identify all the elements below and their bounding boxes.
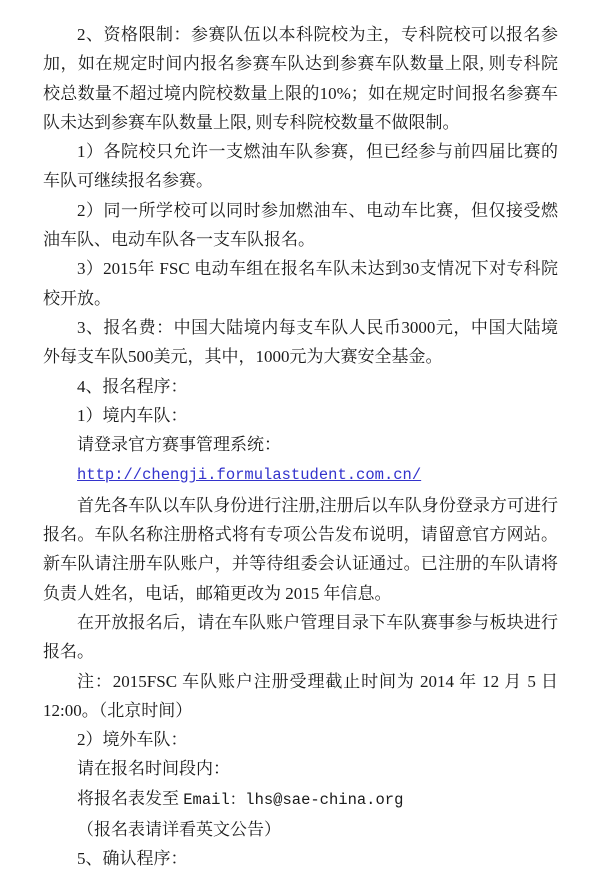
para-rule-ev-group: 3）2015年 FSC 电动车组在报名车队未达到30支情况下对专科院校开放。 [43,254,558,313]
para-registration-deadline-note: 注：2015FSC 车队账户注册受理截止时间为 2014 年 12 月 5 日 … [43,667,558,726]
para-registration-procedure-heading: 4、报名程序： [43,372,558,401]
document-page: 2、资格限制：参赛队伍以本科院校为主，专科院校可以报名参加，如在规定时间内报名参… [0,0,600,877]
para-overseas-teams-heading: 2）境外车队： [43,725,558,754]
para-rule-fuel-team: 1）各院校只允许一支燃油车队参赛，但已经参与前四届比赛的车队可继续报名参赛。 [43,137,558,196]
para-email-submission: 将报名表发至 Email：lhs@sae-china.org [43,784,558,815]
document-body: 2、资格限制：参赛队伍以本科院校为主，专科院校可以报名参加，如在规定时间内报名参… [0,0,600,874]
para-login-prompt: 请登录官方赛事管理系统： [43,430,558,459]
para-english-notice: （报名表请详看英文公告） [43,815,558,844]
para-enrollment-instructions: 在开放报名后，请在车队账户管理目录下车队赛事参与板块进行报名。 [43,608,558,667]
email-label: Email： [183,791,245,809]
para-confirmation-procedure-heading: 5、确认程序： [43,844,558,873]
email-address-text: lhs@sae-china.org [245,791,403,809]
para-domestic-teams-heading: 1）境内车队： [43,401,558,430]
para-rule-same-school: 2）同一所学校可以同时参加燃油车、电动车比赛，但仅接受燃油车队、电动车队各一支车… [43,196,558,255]
email-submission-prefix: 将报名表发至 [77,789,183,808]
para-registration-details: 首先各车队以车队身份进行注册,注册后以车队身份登录方可进行报名。车队名称注册格式… [43,491,558,608]
para-registration-fee: 3、报名费：中国大陆境内每支车队人民币3000元，中国大陆境外每支车队500美元… [43,313,558,372]
para-time-window-prompt: 请在报名时间段内： [43,754,558,783]
para-qualification-limit: 2、资格限制：参赛队伍以本科院校为主，专科院校可以报名参加，如在规定时间内报名参… [43,20,558,137]
para-system-url: http://chengji.formulastudent.com.cn/ [43,459,558,490]
event-system-link[interactable]: http://chengji.formulastudent.com.cn/ [77,466,421,484]
